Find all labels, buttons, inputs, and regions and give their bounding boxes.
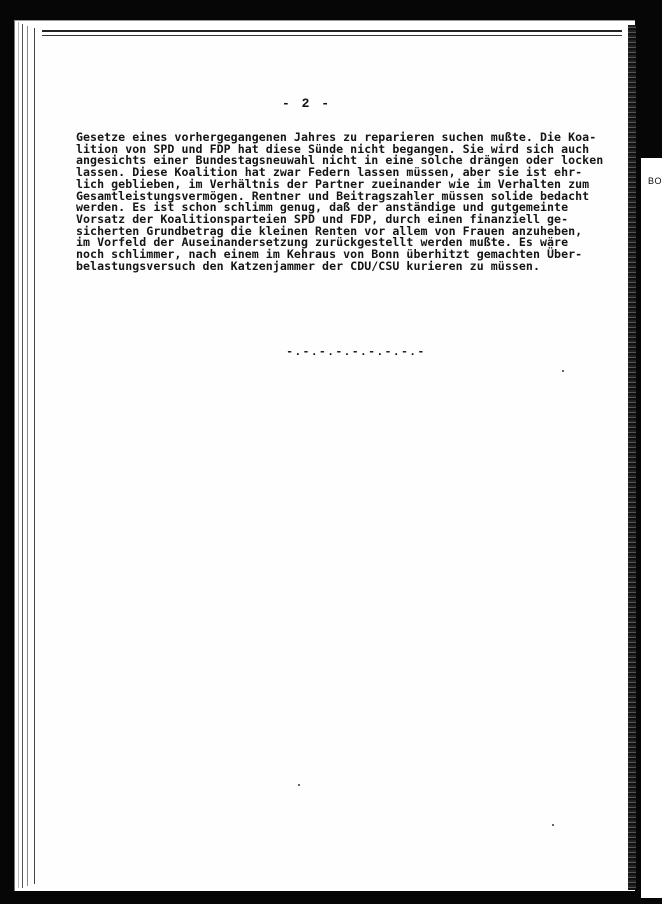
adjacent-page: BO — [641, 158, 662, 898]
document-page: - 2 - Gesetze eines vorhergegangenen Jah… — [42, 30, 622, 889]
binding-spine — [628, 25, 636, 890]
scan-speck — [552, 824, 554, 826]
scan-speck — [562, 370, 564, 372]
adjacent-page-text: BO — [648, 176, 662, 186]
body-text: Gesetze eines vorhergegangenen Jahres zu… — [76, 132, 636, 272]
scan-speck — [298, 784, 300, 786]
page-number: - 2 - — [282, 96, 331, 111]
section-separator: -.-.-.-.-.-.-.-.- — [286, 345, 425, 359]
